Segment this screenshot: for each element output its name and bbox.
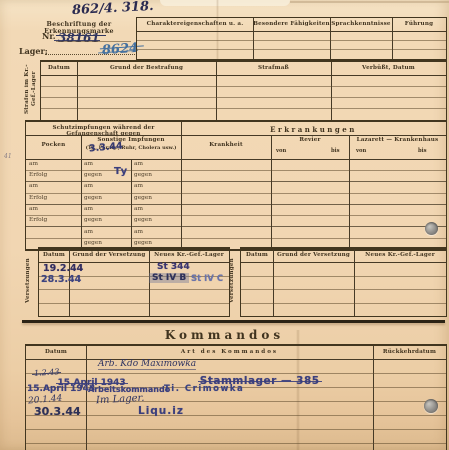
transfer-date-1: 19.2.44: [43, 263, 83, 274]
punishments-header-strafmass: Strafmaß: [216, 65, 331, 71]
lazarett-header: Lazarett — Krankenhaus: [349, 137, 446, 143]
vacc-cell: am: [134, 206, 143, 212]
vacc-cell: gegen: [134, 217, 152, 223]
kommando-text-5: Liqu.iz: [138, 405, 184, 417]
table-line: [26, 215, 446, 216]
traits-header-sprachkenntnisse: Sprachkenntnisse: [330, 21, 392, 27]
vacc-cell: gegen: [134, 195, 152, 201]
transfer-date-2: 28.3.44: [41, 274, 81, 285]
revier-bis: bis: [331, 148, 340, 154]
lager-label: Lager:: [19, 46, 48, 56]
table-line: [26, 373, 446, 374]
table-line: [26, 204, 446, 205]
transfer-camp-2-stamp: St IV B: [149, 273, 189, 283]
vacc-cell: am: [134, 229, 143, 235]
transfers-header-grund: Grund der Versetzung: [273, 252, 354, 258]
traits-header-charakter: Charaktereigenschaften u. a.: [137, 21, 253, 27]
transfers-header-datum: Datum: [39, 252, 69, 258]
krankheit-header: Krankheit: [181, 142, 271, 148]
kommando-date-5: 30.3.44: [34, 405, 81, 418]
vacc-cell: Erfolg: [29, 172, 47, 178]
punishments-header-verbuesst: Verbüßt, Datum: [331, 65, 446, 71]
vacc-cell: am: [84, 229, 93, 235]
table-line: [41, 97, 446, 98]
pocken-header: Pocken: [26, 142, 81, 148]
punishments-header-datum: Datum: [41, 65, 77, 71]
vacc-cell: am: [84, 183, 93, 189]
vacc-cell: Erfolg: [29, 195, 47, 201]
margin-mark: 41: [4, 153, 12, 160]
punishments-table: Datum Grund der Bestrafung Strafmaß Verb…: [40, 60, 447, 121]
table-line: [86, 346, 87, 450]
table-line: [26, 193, 446, 194]
vacc-cell: gegen: [84, 195, 102, 201]
traits-table: Charaktereigenschaften u. a. Besondere F…: [136, 17, 447, 60]
transfers-table-right: Datum Grund der Versetzung Neues Kr.-Gef…: [240, 247, 447, 317]
vacc-cell: am: [29, 183, 38, 189]
vaccinations-title: Schutzimpfungen während der Gefangenscha…: [26, 125, 181, 137]
transfers-side-label-right: Versetzungen: [229, 250, 240, 312]
vacc-cell: gegen: [134, 240, 152, 246]
kommandos-table: Datum Art des Kommandos Rückkehrdatum 1.…: [25, 344, 447, 450]
lager-value: 8624: [101, 41, 138, 58]
nr-value: 38161: [58, 31, 100, 45]
table-line: [241, 303, 446, 304]
kommando-date-3: 15.April 1943: [27, 384, 95, 394]
table-line: [26, 159, 446, 160]
vacc-cell: gegen: [84, 217, 102, 223]
table-line: [137, 49, 446, 50]
vacc-cell: Erfolg: [29, 217, 47, 223]
hole-punch-top: [425, 222, 438, 235]
table-line: [354, 249, 355, 316]
traits-header-fuehrung: Führung: [392, 21, 446, 27]
fold-rule: [22, 320, 445, 323]
table-line: [271, 135, 272, 249]
vacc-cell: am: [29, 206, 38, 212]
transfers-header-grund: Grund der Versetzung: [69, 252, 149, 258]
table-line: [26, 401, 446, 402]
vacc-cell: am: [29, 161, 38, 167]
vacc-cell: am: [134, 183, 143, 189]
table-line: [26, 359, 446, 360]
transfer-camp-2-note: St IV C: [191, 274, 223, 284]
pow-record-card: 862/4. 318. Beschriftung der Erkennungsm…: [0, 0, 449, 450]
traits-header-faehigkeiten: Besondere Fähigkeiten: [253, 21, 330, 27]
table-line: [349, 135, 350, 249]
table-line: [26, 181, 446, 182]
vaccination-type-stamp: Ty: [114, 166, 128, 177]
hole-punch-bottom: [424, 399, 438, 413]
table-line: [41, 108, 446, 109]
table-line: [273, 249, 274, 316]
vacc-cell: gegen: [134, 172, 152, 178]
lazarett-bis: bis: [418, 148, 427, 154]
kommandos-header-rueckkehr: Rückkehrdatum: [373, 349, 446, 355]
table-line: [373, 346, 374, 450]
vacc-cell: am: [84, 161, 93, 167]
punishments-header-grund: Grund der Bestrafung: [77, 65, 216, 71]
transfers-header-datum: Datum: [241, 252, 273, 258]
table-line: [26, 443, 446, 444]
table-line: [41, 86, 446, 87]
punishments-side-label: Strafen im Kr.-Gef.-Lager: [24, 62, 38, 116]
vacc-cell: gegen: [84, 172, 102, 178]
table-line: [39, 289, 229, 290]
lazarett-von: von: [356, 148, 366, 154]
vaccinations-table: Schutzimpfungen während der Gefangenscha…: [25, 120, 447, 251]
table-line: [81, 135, 82, 249]
table-line: [137, 31, 446, 32]
table-line: [26, 429, 446, 430]
transfers-table-left: Datum Grund der Versetzung Neues Kr.-Gef…: [38, 247, 230, 317]
table-line: [26, 238, 446, 239]
table-line: [41, 75, 446, 76]
erkrankungen-title: Erkrankungen: [181, 125, 446, 134]
table-line: [26, 170, 446, 171]
table-line: [39, 303, 229, 304]
revier-von: von: [276, 148, 286, 154]
kommando-date-1: 1.2.43: [34, 367, 60, 378]
transfers-header-lager: Neues Kr.-Gef.-Lager: [354, 252, 446, 258]
vacc-cell: am: [134, 161, 143, 167]
table-line: [241, 262, 446, 263]
transfers-side-label-left: Versetzungen: [25, 250, 36, 312]
kommando-note-3: Ti. Crimowka: [164, 384, 244, 394]
table-line: [137, 40, 446, 41]
transfer-camp-1: St 344: [157, 262, 190, 272]
kommando-text-1: Arb. Kdo Maximowka: [98, 359, 196, 370]
table-line: [241, 289, 446, 290]
file-number-handwritten: 862/4. 318.: [72, 0, 154, 18]
torn-edge-highlight: [160, 0, 290, 6]
vacc-cell: gegen: [84, 240, 102, 246]
kommandos-header-art: Art des Kommandos: [86, 349, 373, 355]
torn-edge-shadow: [290, 1, 449, 3]
revier-header: Revier: [271, 137, 349, 143]
vaccination-date-stamp: 3.3.44: [89, 141, 124, 155]
kommandos-header-datum: Datum: [26, 349, 86, 355]
vacc-cell: am: [84, 206, 93, 212]
table-line: [26, 226, 446, 227]
table-line: [26, 415, 446, 416]
kommandos-title: Kommandos: [0, 328, 449, 342]
transfers-header-lager: Neues Kr.-Gef.-Lager: [149, 252, 229, 258]
table-line: [241, 276, 446, 277]
